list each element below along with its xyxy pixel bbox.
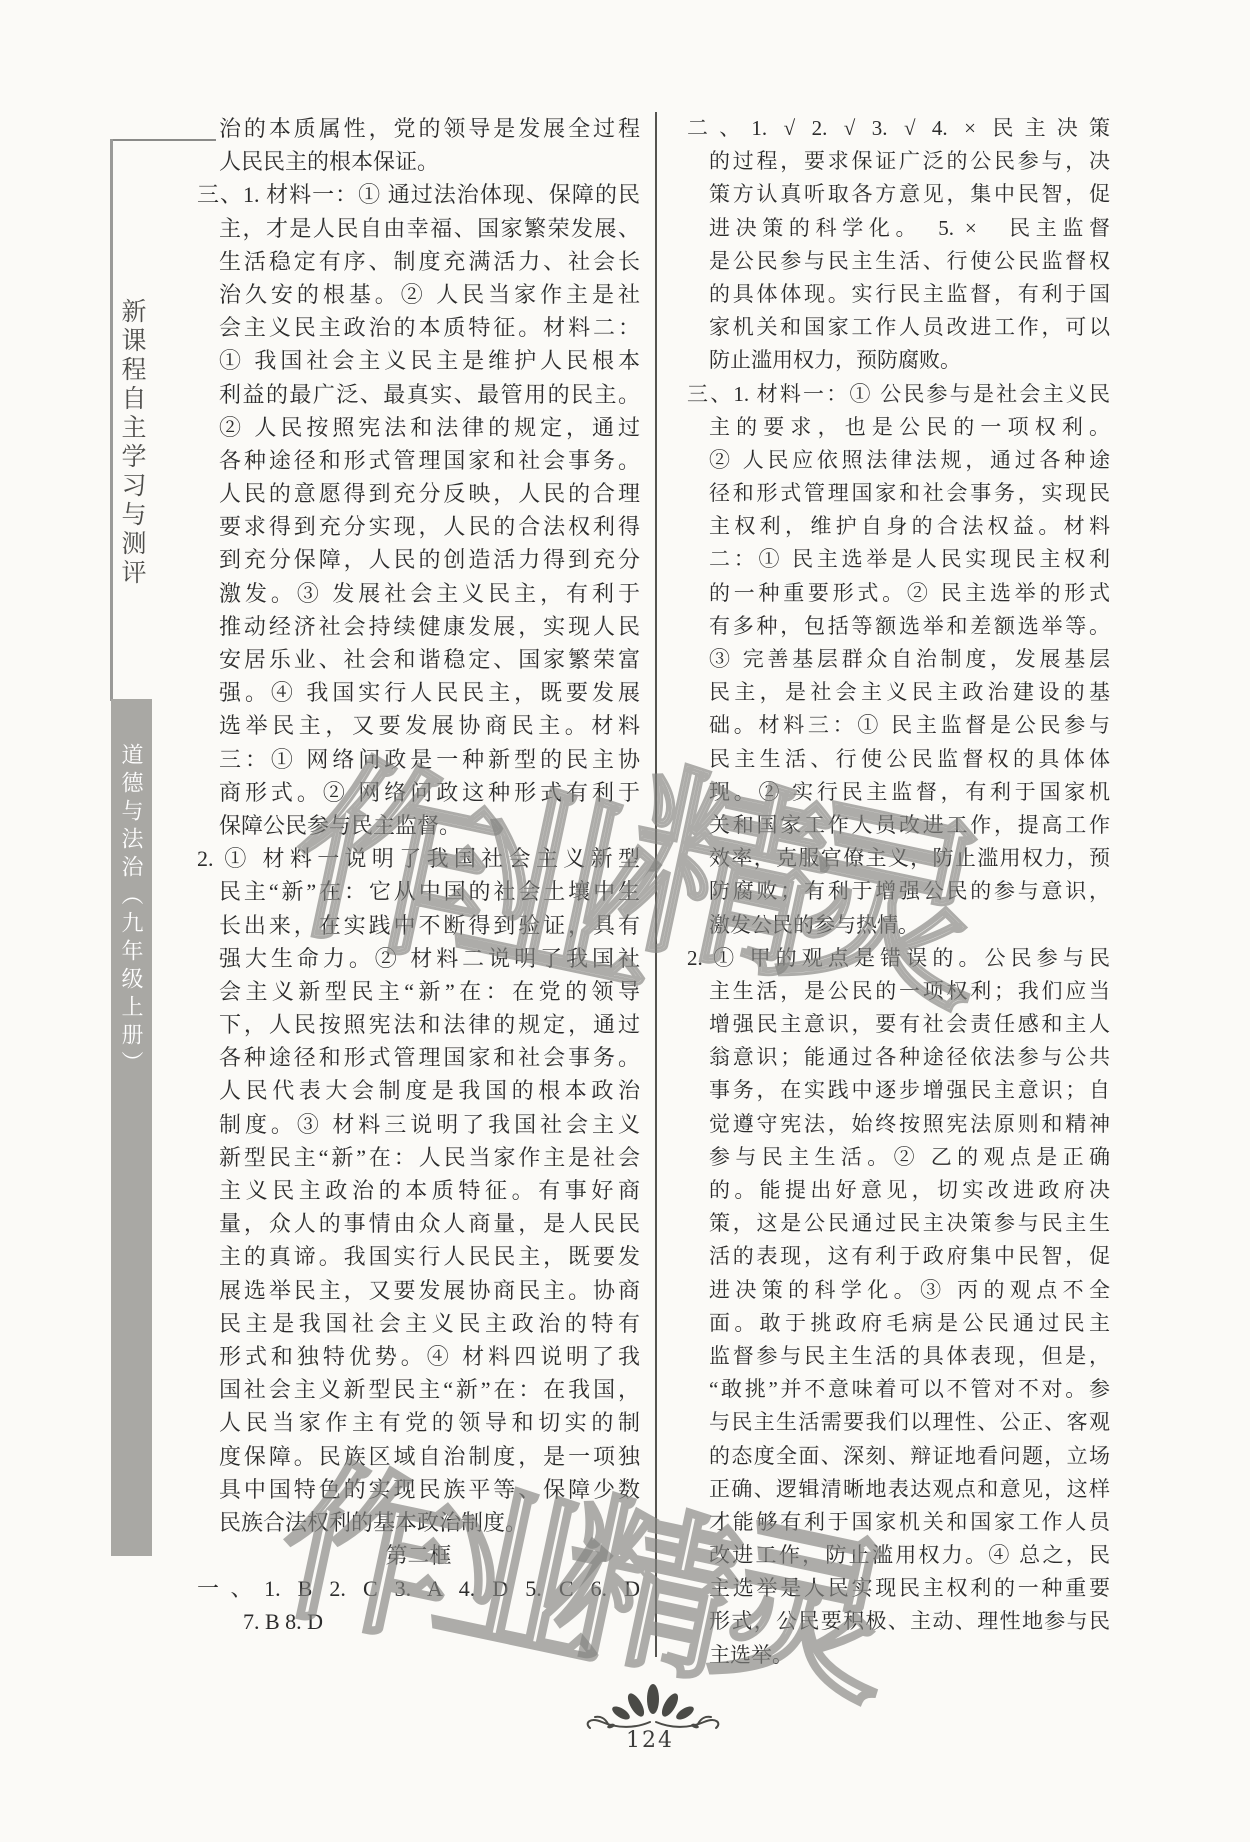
text-line: 激发。③ 发展社会主义民主，有利于 — [219, 577, 640, 610]
text-line: 制度。③ 材料三说明了我国社会主义 — [219, 1108, 640, 1141]
text-line: 保障公民参与民主监督。 — [219, 809, 640, 842]
text-line: 二：① 民主选举是人民实现民主权利 — [709, 543, 1110, 576]
text-line: ② 人民应依照法律法规，通过各种途 — [709, 444, 1110, 477]
text-line: 选举民主，又要发展协商民主。材料 — [219, 709, 640, 742]
text-line: 利益的最广泛、最真实、最管用的民主。 — [219, 378, 640, 411]
column-divider — [655, 112, 657, 1657]
text-line: 的。能提出好意见，切实改进政府决 — [709, 1174, 1110, 1207]
text-line: 主选举是人民实现民主权利的一种重要 — [709, 1572, 1110, 1605]
scanned-answer-page: 新课程自主学习与测评 道德与法治（九年级上册） 治的本质属性，党的领导是发展全过… — [0, 0, 1250, 1842]
text-line: 长出来，在实践中不断得到验证，具有 — [219, 909, 640, 942]
text-line: 的具体体现。实行民主监督，有利于国 — [709, 278, 1110, 311]
text-line: 新型民主“新”在：人民当家作主是社会 — [219, 1141, 640, 1174]
text-line: 具中国特色的实现民族平等、保障少数 — [219, 1473, 640, 1506]
text-line: 的过程，要求保证广泛的公民参与，决 — [709, 145, 1110, 178]
text-line: 强大生命力。② 材料二说明了我国社 — [219, 942, 640, 975]
right-column: 二、1. √ 2. √ 3. √ 4. × 民主决策的过程，要求保证广泛的公民参… — [687, 112, 1110, 1672]
text-line: 觉遵守宪法，始终按照宪法原则和精神 — [709, 1108, 1110, 1141]
text-line: 第二框 — [197, 1539, 640, 1572]
text-line: 事务，在实践中逐步增强民主意识；自 — [709, 1074, 1110, 1107]
text-line: 会主义新型民主“新”在：在党的领导 — [219, 975, 640, 1008]
text-line: 策方认真听取各方意见，集中民智，促 — [709, 178, 1110, 211]
text-line: 参与民主生活。② 乙的观点是正确 — [709, 1141, 1110, 1174]
text-line: 主义民主政治的本质特征。有事好商 — [219, 1174, 640, 1207]
text-line: 民主“新”在：它从中国的社会土壤中生 — [219, 875, 640, 908]
text-line: 进决策的科学化。 5. × 民主监督 — [709, 212, 1110, 245]
text-line: 各种途径和形式管理国家和社会事务。 — [219, 1041, 640, 1074]
text-line: 防腐败；有利于增强公民的参与意识， — [709, 875, 1110, 908]
text-line: 家机关和国家工作人员改进工作，可以 — [709, 311, 1110, 344]
text-line: 三、1. 材料一：① 公民参与是社会主义民 — [687, 378, 1110, 411]
text-line: 与民主生活需要我们以理性、公正、客观 — [709, 1406, 1110, 1439]
text-line: 效率，克服官僚主义，防止滥用权力，预 — [709, 842, 1110, 875]
text-line: 进决策的科学化。③ 丙的观点不全 — [709, 1274, 1110, 1307]
text-line: 径和形式管理国家和社会事务，实现民 — [709, 477, 1110, 510]
text-line: 商形式。② 网络问政这种形式有利于 — [219, 776, 640, 809]
text-line: 形式，公民要积极、主动、理性地参与民 — [709, 1605, 1110, 1638]
text-line: 主选举。 — [709, 1639, 1110, 1672]
text-line: 2. ① 甲的观点是错误的。公民参与民 — [687, 942, 1110, 975]
text-line: 的一种重要形式。② 民主选举的形式 — [709, 577, 1110, 610]
text-line: 人民当家作主有党的领导和切实的制 — [219, 1406, 640, 1439]
text-line: 要求得到充分实现，人民的合法权利得 — [219, 510, 640, 543]
text-line: 7. B 8. D — [243, 1605, 640, 1638]
text-line: 人民民主的根本保证。 — [219, 145, 640, 178]
text-line: 策，这是公民通过民主决策参与民主生 — [709, 1207, 1110, 1240]
text-line: 防止滥用权力，预防腐败。 — [709, 344, 1110, 377]
text-line: 民主是我国社会主义民主政治的特有 — [219, 1307, 640, 1340]
text-line: 强。④ 我国实行人民民主，既要发展 — [219, 676, 640, 709]
text-line: ② 人民按照宪法和法律的规定，通过 — [219, 411, 640, 444]
text-line: 的态度全面、深刻、辩证地看问题，立场 — [709, 1440, 1110, 1473]
text-line: 各种途径和形式管理国家和社会事务。 — [219, 444, 640, 477]
text-line: 有多种，包括等额选举和差额选举等。 — [709, 610, 1110, 643]
text-line: ① 我国社会主义民主是维护人民根本 — [219, 344, 640, 377]
text-line: 2. ① 材料一说明了我国社会主义新型 — [197, 842, 640, 875]
text-line: 激发公民的参与热情。 — [709, 909, 1110, 942]
text-line: 生活稳定有序、制度充满活力、社会长 — [219, 245, 640, 278]
text-line: 础。材料三：① 民主监督是公民参与 — [709, 709, 1110, 742]
text-line: 翁意识；能通过各种途径依法参与公共 — [709, 1041, 1110, 1074]
text-line: 度保障。民族区域自治制度，是一项独 — [219, 1440, 640, 1473]
text-line: 安居乐业、社会和谐稳定、国家繁荣富 — [219, 643, 640, 676]
text-line: 国社会主义新型民主“新”在：在我国， — [219, 1373, 640, 1406]
text-line: 会主义民主政治的本质特征。材料二： — [219, 311, 640, 344]
text-line: ③ 完善基层群众自治制度，发展基层 — [709, 643, 1110, 676]
text-line: 主生活，是公民的一项权利；我们应当 — [709, 975, 1110, 1008]
sidebar-book-title: 道德与法治（九年级上册） — [111, 743, 152, 1079]
text-line: 人民的意愿得到充分反映，人民的合理 — [219, 477, 640, 510]
page-number: 124 — [600, 1728, 700, 1753]
text-line: 一、1. B 2. C 3. A 4. D 5. C 6. D — [197, 1572, 640, 1605]
text-line: 下，人民按照宪法和法律的规定，通过 — [219, 1008, 640, 1041]
text-line: 是公民参与民主生活、行使公民监督权 — [709, 245, 1110, 278]
text-line: 才能够有利于国家机关和国家工作人员 — [709, 1506, 1110, 1539]
sidebar-book-bar: 道德与法治（九年级上册） — [111, 699, 152, 1556]
text-line: 治的本质属性，党的领导是发展全过程 — [219, 112, 640, 145]
text-line: 监督参与民主生活的具体表现，但是， — [709, 1340, 1110, 1373]
text-line: 到充分保障，人民的创造活力得到充分 — [219, 543, 640, 576]
text-line: 三、1. 材料一：① 通过法治体现、保障的民 — [197, 178, 640, 211]
sidebar-series-title: 新课程自主学习与测评 — [109, 298, 153, 618]
text-line: 增强民主意识，要有社会责任感和主人 — [709, 1008, 1110, 1041]
text-line: 展选举民主，又要发展协商民主。协商 — [219, 1274, 640, 1307]
text-line: 主的真谛。我国实行人民民主，既要发 — [219, 1240, 640, 1273]
text-line: 三：① 网络问政是一种新型的民主协 — [219, 743, 640, 776]
text-line: 人民代表大会制度是我国的根本政治 — [219, 1074, 640, 1107]
text-line: 量，众人的事情由众人商量，是人民民 — [219, 1207, 640, 1240]
text-line: 活的表现，这有利于政府集中民智，促 — [709, 1240, 1110, 1273]
text-line: 推动经济社会持续健康发展，实现人民 — [219, 610, 640, 643]
text-line: 主，才是人民自由幸福、国家繁荣发展、 — [219, 212, 640, 245]
text-line: 主权利，维护自身的合法权益。材料 — [709, 510, 1110, 543]
left-column: 治的本质属性，党的领导是发展全过程人民民主的根本保证。三、1. 材料一：① 通过… — [197, 112, 640, 1639]
text-line: 现。② 实行民主监督，有利于国家机 — [709, 776, 1110, 809]
text-line: 治久安的根基。② 人民当家作主是社 — [219, 278, 640, 311]
text-line: 改进工作，防止滥用权力。④ 总之，民 — [709, 1539, 1110, 1572]
text-line: 主的要求，也是公民的一项权利。 — [709, 411, 1110, 444]
text-line: 关和国家工作人员改进工作，提高工作 — [709, 809, 1110, 842]
text-line: 二、1. √ 2. √ 3. √ 4. × 民主决策 — [687, 112, 1110, 145]
text-line: 民主，是社会主义民主政治建设的基 — [709, 676, 1110, 709]
text-line: 形式和独特优势。④ 材料四说明了我 — [219, 1340, 640, 1373]
text-line: 民族合法权利的基本政治制度。 — [219, 1506, 640, 1539]
text-line: 正确、逻辑清晰地表达观点和意见，这样 — [709, 1473, 1110, 1506]
text-line: “敢挑”并不意味着可以不管对不对。参 — [709, 1373, 1110, 1406]
text-line: 民主生活、行使公民监督权的具体体 — [709, 743, 1110, 776]
text-line: 面。敢于挑政府毛病是公民通过民主 — [709, 1307, 1110, 1340]
